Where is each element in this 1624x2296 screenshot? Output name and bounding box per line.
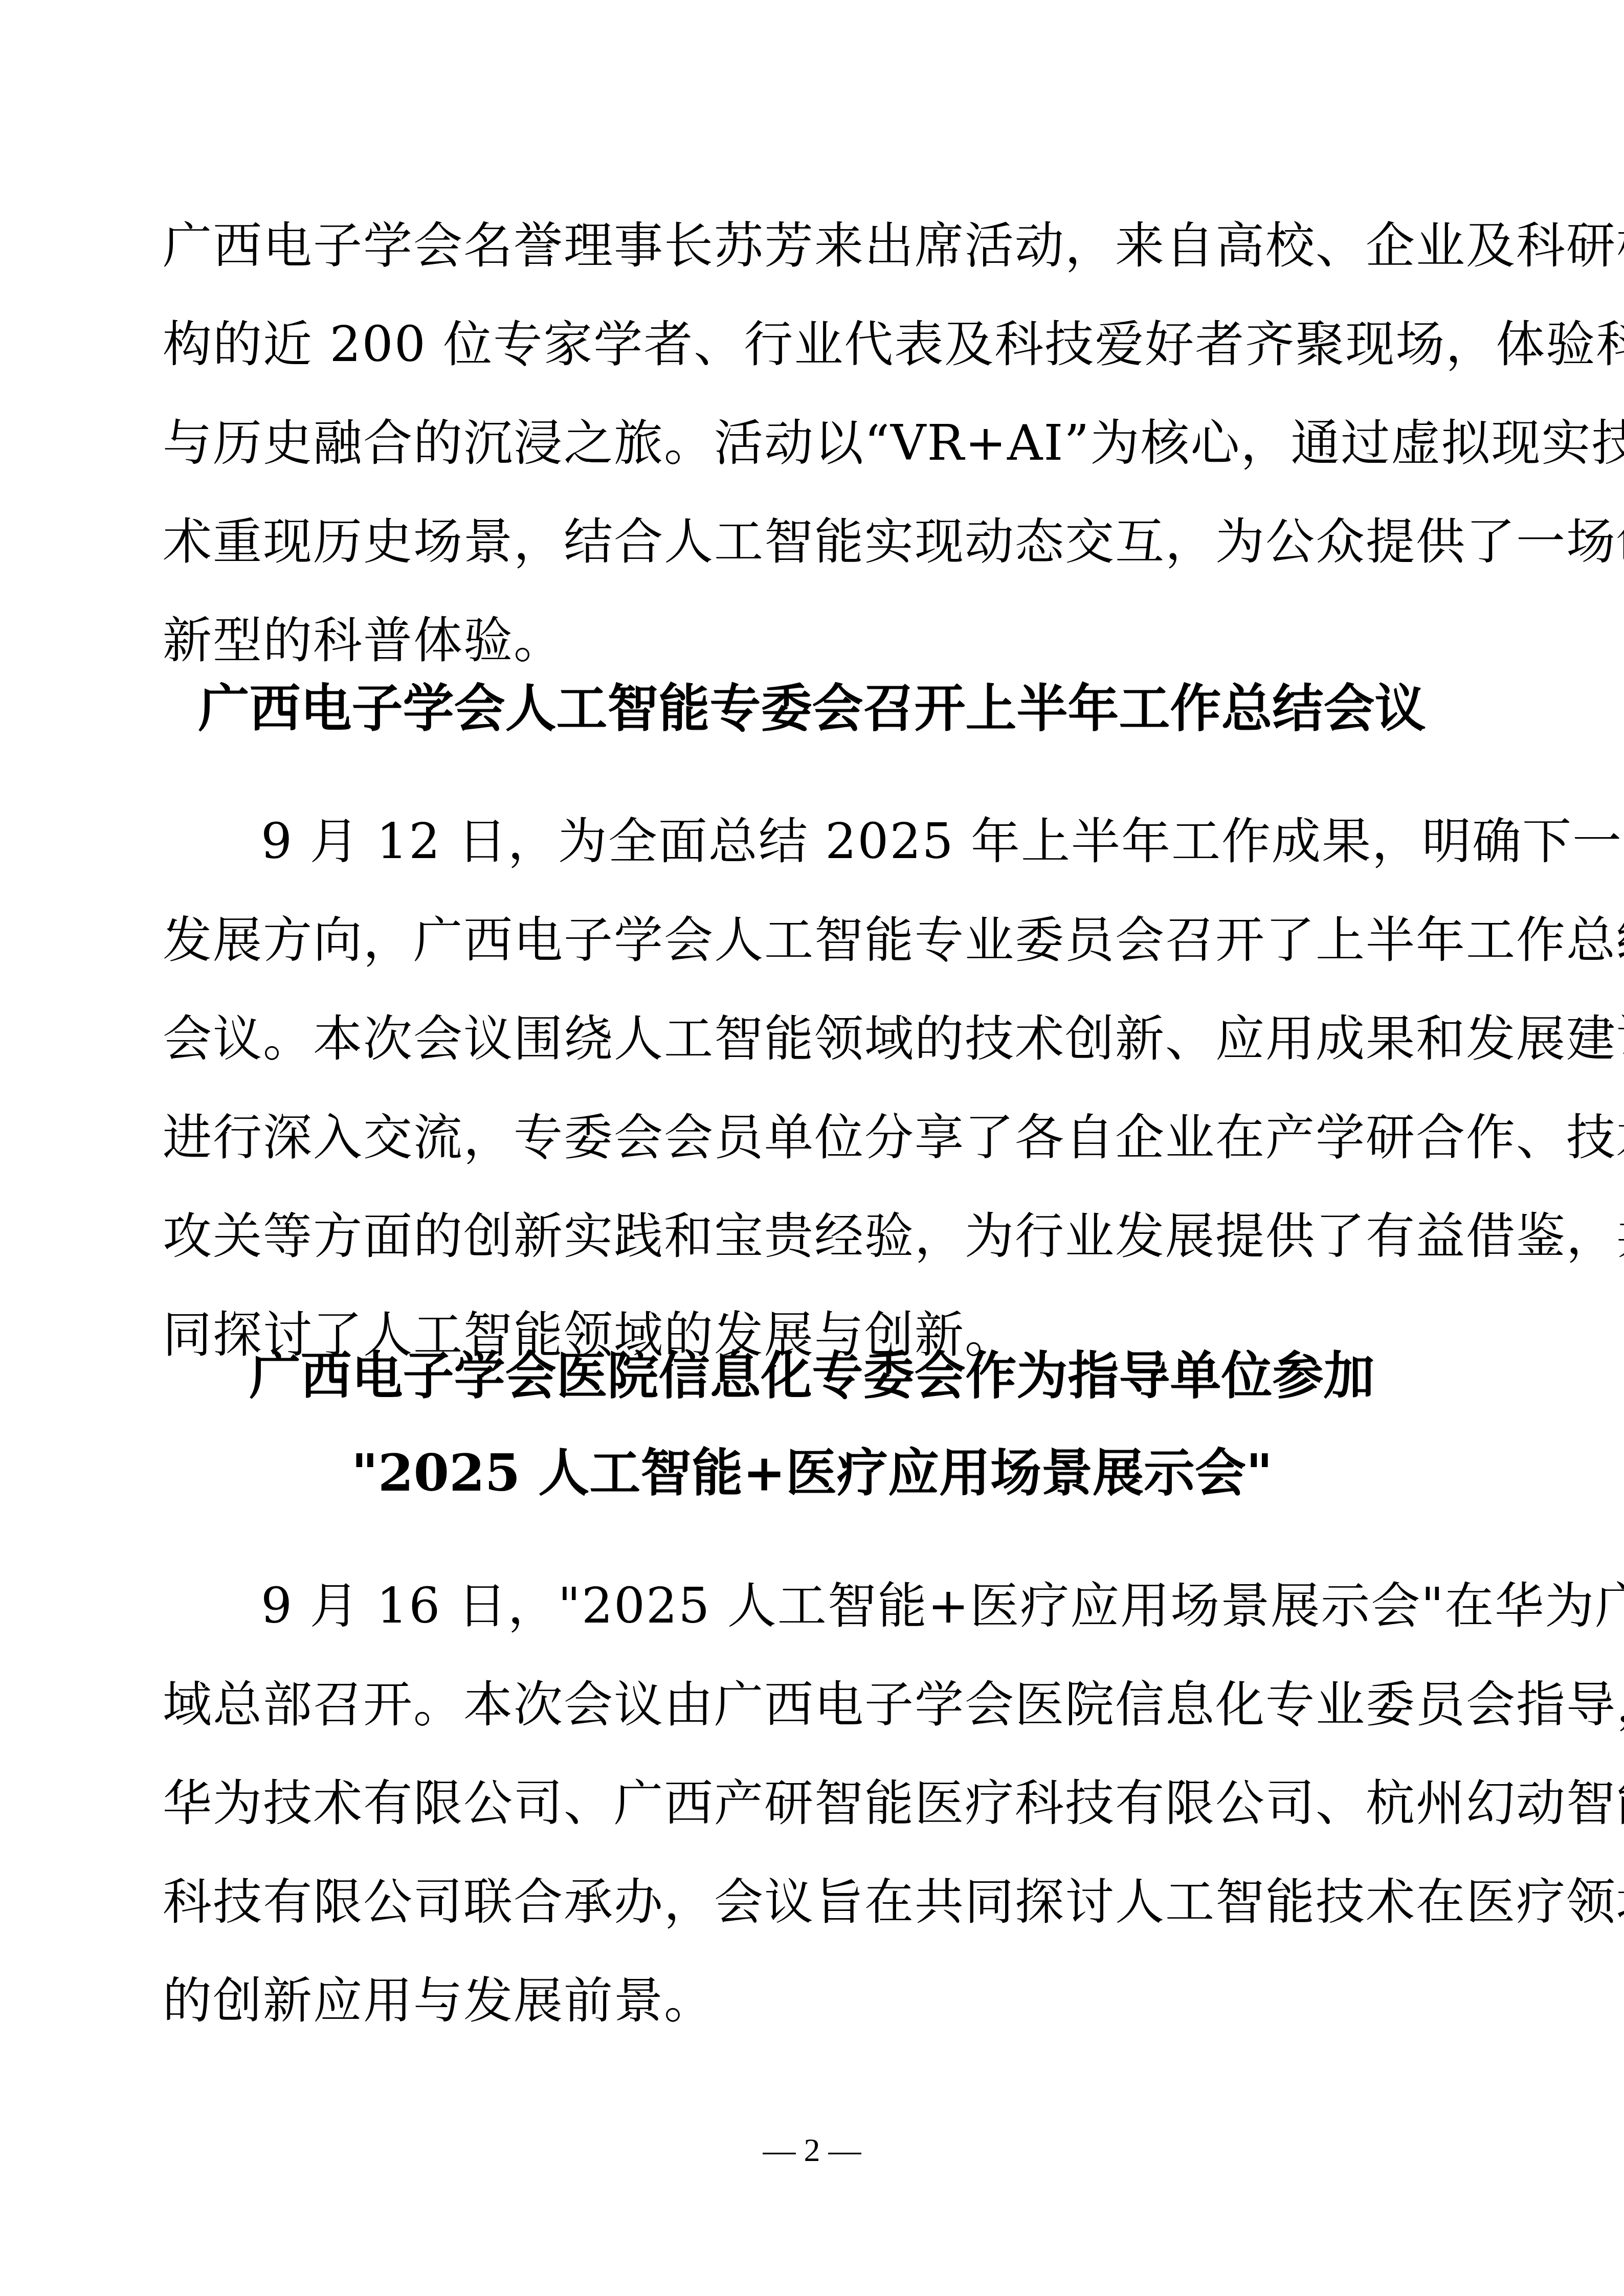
paragraph-line: 的创新应用与发展前景。 <box>163 1970 1464 2031</box>
paragraph-line: 广西电子学会名誉理事长苏芳来出席活动，来自高校、企业及科研机 <box>163 215 1464 276</box>
paragraph-line: 域总部召开。本次会议由广西电子学会医院信息化专业委员会指导， <box>163 1674 1464 1735</box>
paragraph-line: 科技有限公司联合承办，会议旨在共同探讨人工智能技术在医疗领域 <box>163 1871 1464 1932</box>
paragraph-line: 会议。本次会议围绕人工智能领域的技术创新、应用成果和发展建议 <box>163 1008 1464 1069</box>
section-heading-ai-committee: 广西电子学会人工智能专委会召开上半年工作总结会议 <box>0 675 1624 741</box>
page-number: — 2 — <box>0 2130 1624 2171</box>
paragraph-line: 与历史融合的沉浸之旅。活动以“VR+AI”为核心，通过虚拟现实技 <box>163 412 1464 474</box>
paragraph-line: 进行深入交流，专委会会员单位分享了各自企业在产学研合作、技术 <box>163 1107 1464 1168</box>
section-heading-hospital-committee: 广西电子学会医院信息化专委会作为指导单位参加 <box>0 1342 1624 1409</box>
paragraph-line: 华为技术有限公司、广西产研智能医疗科技有限公司、杭州幻动智能 <box>163 1772 1464 1834</box>
paragraph-line: 9 月 16 日，"2025 人工智能+医疗应用场景展示会"在华为广西区 <box>261 1575 1464 1636</box>
section-heading-hospital-committee-line2: "2025 人工智能+医疗应用场景展示会" <box>0 1439 1624 1506</box>
paragraph-line: 术重现历史场景，结合人工智能实现动态交互，为公众提供了一场创 <box>163 511 1464 572</box>
paragraph-line: 发展方向，广西电子学会人工智能专业委员会召开了上半年工作总结 <box>163 909 1464 971</box>
paragraph-line: 9 月 12 日，为全面总结 2025 年上半年工作成果，明确下一阶段 <box>261 811 1464 872</box>
paragraph-line: 攻关等方面的创新实践和宝贵经验，为行业发展提供了有益借鉴，共 <box>163 1205 1464 1267</box>
paragraph-line: 新型的科普体验。 <box>163 610 1464 671</box>
paragraph-line: 构的近 200 位专家学者、行业代表及科技爱好者齐聚现场，体验科技 <box>163 313 1464 375</box>
